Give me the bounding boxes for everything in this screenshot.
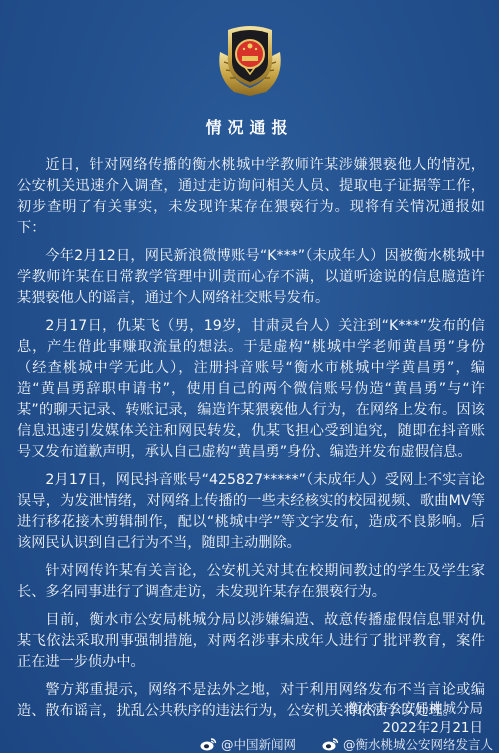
signature-block: 衡水市公安局桃城分局 2022年2月21日 bbox=[348, 700, 483, 738]
paragraph-intro: 近日，针对网络传播的衡水桃城中学教师许某涉嫌猥亵他人的情况，公安机关迅速介入调查… bbox=[17, 155, 485, 239]
watermark-bar: @中国新闻网 @衡水桃城公安网络发言人 bbox=[200, 735, 493, 753]
paragraph-origin: 今年2月12日，网民新浪微博账号“K***”（未成年人）因被衡水桃城中学教师许某… bbox=[17, 246, 485, 309]
paragraph-fabrication: 2月17日，仇某飞（男，19岁，甘肃灵台人）关注到“K***”发布的信息，产生借… bbox=[17, 316, 485, 463]
weibo-icon bbox=[322, 737, 339, 751]
paragraph-investigation: 针对网传许某有关言论，公安机关对其在校期间教过的学生及学生家长、多名同事进行了调… bbox=[17, 561, 485, 603]
paragraph-video-edit: 2月17日，网民抖音账号“425827*****”（未成年人）受网上不实言论误导… bbox=[17, 470, 485, 554]
issuer-name: 衡水市公安局桃城分局 bbox=[348, 700, 483, 719]
weibo-icon bbox=[200, 737, 217, 751]
watermark-label: @衡水桃城公安网络发言人 bbox=[343, 735, 493, 753]
watermark-label: @中国新闻网 bbox=[221, 735, 296, 753]
notice-title: 情况通报 bbox=[0, 115, 499, 138]
watermark-taocheng-police: @衡水桃城公安网络发言人 bbox=[322, 735, 493, 753]
notice-body: 近日，针对网络传播的衡水桃城中学教师许某涉嫌猥亵他人的情况，公安机关迅速介入调查… bbox=[17, 155, 485, 729]
paragraph-action: 目前，衡水市公安局桃城分局以涉嫌编造、故意传播虚假信息罪对仇某飞依法采取刑事强制… bbox=[17, 610, 485, 673]
watermark-chinanews: @中国新闻网 bbox=[200, 735, 296, 753]
police-emblem-icon bbox=[214, 22, 286, 98]
